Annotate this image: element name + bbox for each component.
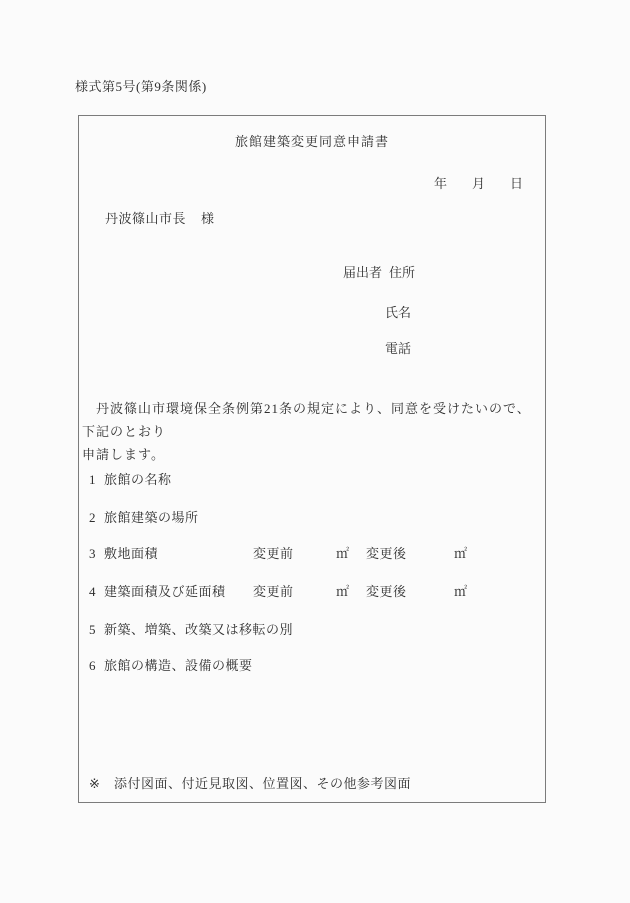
item-2-label: 旅館建築の場所 bbox=[104, 508, 199, 528]
item-1-label: 旅館の名称 bbox=[104, 470, 172, 490]
date-year-label: 年 bbox=[434, 174, 447, 194]
item-3-before-label: 変更前 bbox=[253, 544, 294, 564]
item-row-4: 4 建築面積及び延面積 変更前 ㎡ 変更後 ㎡ bbox=[79, 582, 545, 602]
item-3-before-unit: ㎡ bbox=[336, 544, 349, 564]
item-3-after-label: 変更後 bbox=[366, 544, 407, 564]
applicant-address-label: 住所 bbox=[389, 263, 415, 283]
item-row-5: 5 新築、増築、改築又は移転の別 bbox=[79, 620, 545, 640]
form-border-box: 旅館建築変更同意申請書 年 月 日 丹波篠山市長 様 届出者 住所 氏名 電話 … bbox=[78, 115, 546, 803]
note-text: 添付図面、付近見取図、位置図、その他参考図面 bbox=[114, 774, 411, 794]
note-marker: ※ bbox=[89, 774, 100, 794]
applicant-address-row: 届出者 住所 bbox=[343, 263, 415, 283]
date-day-label: 日 bbox=[510, 174, 523, 194]
applicant-phone-label: 電話 bbox=[385, 339, 411, 359]
item-6-number: 6 bbox=[89, 656, 96, 676]
item-1-number: 1 bbox=[89, 470, 96, 490]
note-row: ※ 添付図面、付近見取図、位置図、その他参考図面 bbox=[79, 774, 545, 794]
addressee-line: 丹波篠山市長 様 bbox=[105, 209, 215, 229]
item-4-before-label: 変更前 bbox=[253, 582, 294, 602]
item-2-number: 2 bbox=[89, 508, 96, 528]
item-4-before-unit: ㎡ bbox=[336, 582, 349, 602]
item-row-1: 1 旅館の名称 bbox=[79, 470, 545, 490]
item-4-number: 4 bbox=[89, 582, 96, 602]
applicant-name-row: 氏名 bbox=[385, 303, 411, 323]
item-4-label: 建築面積及び延面積 bbox=[104, 582, 226, 602]
item-row-6: 6 旅館の構造、設備の概要 bbox=[79, 656, 545, 676]
item-row-3: 3 敷地面積 変更前 ㎡ 変更後 ㎡ bbox=[79, 544, 545, 564]
item-4-after-unit: ㎡ bbox=[454, 582, 467, 602]
item-5-label: 新築、増築、改築又は移転の別 bbox=[104, 620, 293, 640]
item-4-after-label: 変更後 bbox=[366, 582, 407, 602]
applicant-name-label: 氏名 bbox=[385, 303, 411, 323]
item-3-number: 3 bbox=[89, 544, 96, 564]
body-line-2: 申請します。 bbox=[82, 443, 542, 466]
applicant-phone-row: 電話 bbox=[385, 339, 411, 359]
item-3-after-unit: ㎡ bbox=[454, 544, 467, 564]
body-paragraph: 丹波篠山市環境保全条例第21条の規定により、同意を受けたいので、下記のとおり 申… bbox=[82, 397, 542, 466]
addressee-name: 丹波篠山市長 bbox=[105, 209, 186, 229]
date-month-label: 月 bbox=[472, 174, 485, 194]
addressee-honorific: 様 bbox=[201, 209, 215, 229]
item-row-2: 2 旅館建築の場所 bbox=[79, 508, 545, 528]
applicant-role-label: 届出者 bbox=[343, 263, 382, 283]
item-3-label: 敷地面積 bbox=[104, 544, 158, 564]
item-5-number: 5 bbox=[89, 620, 96, 640]
date-line: 年 月 日 bbox=[434, 174, 523, 194]
body-line-1: 丹波篠山市環境保全条例第21条の規定により、同意を受けたいので、下記のとおり bbox=[82, 397, 542, 443]
form-number: 様式第5号(第9条関係) bbox=[75, 78, 207, 96]
item-6-label: 旅館の構造、設備の概要 bbox=[104, 656, 253, 676]
document-page: 様式第5号(第9条関係) 旅館建築変更同意申請書 年 月 日 丹波篠山市長 様 … bbox=[0, 0, 630, 903]
form-title: 旅館建築変更同意申請書 bbox=[79, 132, 545, 152]
